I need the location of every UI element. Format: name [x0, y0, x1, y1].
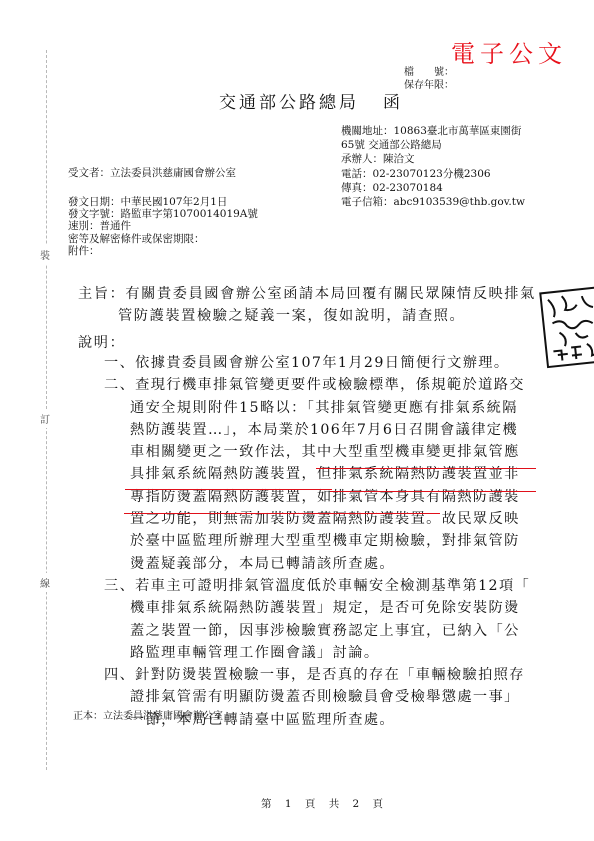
item-2-cont: 車相關變更之一致作法，其中大型重型機車變更排氣管應 — [104, 441, 530, 463]
binding-mark-zhuang: 裝 — [40, 245, 50, 264]
binding-mark-xian: 線 — [40, 573, 50, 592]
item-4: 四、針對防燙裝置檢驗一事，是否真的存在「車輛檢驗拍照存 — [104, 664, 530, 686]
phone: 電話：02-23070123分機2306 — [341, 167, 525, 181]
seal-glyph-icon — [541, 288, 594, 366]
secrecy-level: 密等及解密條件或保密期限： — [68, 233, 258, 245]
issue-info: 發文日期：中華民國107年2月1日 發文字號：路監車字第1070014019A號… — [68, 196, 258, 257]
explanation-heading: 說明： — [78, 332, 125, 352]
email: 電子信箱：abc9103539@thb.gov.tw — [341, 195, 525, 209]
agency-name: 交通部公路總局 — [219, 93, 359, 113]
item-3-cont: 機車排氣系統隔熱防護裝置」規定，是否可免除安裝防燙 — [104, 597, 530, 619]
item-1: 一、依據貴委員國會辦公室107年1月29日簡便行文辦理。 — [104, 352, 530, 374]
issue-number: 發文字號：路監車字第1070014019A號 — [68, 208, 258, 220]
document-title: 交通部公路總局函 — [219, 88, 403, 113]
issue-date: 發文日期：中華民國107年2月1日 — [68, 196, 258, 208]
agency-contact-block: 機關地址：10863臺北市萬華區東園街 65號 交通部公路總局 承辦人：陳洽文 … — [341, 124, 525, 209]
item-2-cont: 具排氣系統隔熱防護裝置，但排氣系統隔熱防護裝置並非 — [104, 463, 530, 485]
handler: 承辦人：陳洽文 — [341, 152, 525, 166]
item-2-cont: 熱防護裝置…」，本局業於106年7月6日召開會議律定機 — [104, 419, 530, 441]
page-number: 第 1 頁 共 2 頁 — [261, 796, 388, 811]
item-3-cont: 路監理車輛管理工作圈會議」討論。 — [104, 642, 530, 664]
highlight-underline — [125, 489, 332, 490]
receiver: 受文者：立法委員洪慈庸國會辦公室 — [68, 165, 236, 180]
seal-stamp — [539, 286, 594, 368]
retention-period-label: 保存年限： — [404, 80, 454, 93]
highlight-underline — [124, 513, 440, 514]
subject: 主旨：有關貴委員國會辦公室函請本局回覆有關民眾陳情反映排氣 管防護裝置檢驗之疑義… — [78, 283, 536, 327]
binding-mark-ding: 訂 — [40, 409, 50, 428]
copy-to: 正本：立法委員洪慈庸國會辦公室 — [73, 707, 223, 722]
item-2-cont: 燙蓋疑義部分，本局已轉請該所查處。 — [104, 553, 530, 575]
subject-line-2: 管防護裝置檢驗之疑義一案，復如說明，請查照。 — [78, 305, 536, 327]
address-line-2: 65號 交通部公路總局 — [341, 138, 525, 152]
item-2-cont: 於臺中區監理所辦理大型重型機車定期檢驗，對排氣管防 — [104, 530, 530, 552]
attachment: 附件： — [68, 245, 258, 257]
item-4-cont: 證排氣管需有明顯防燙蓋否則檢驗員會受檢舉懲處一事」 — [104, 686, 530, 708]
address-line-1: 機關地址：10863臺北市萬華區東園街 — [341, 124, 525, 138]
item-3-cont: 蓋之裝置一節，因事涉檢驗實務認定上事宜，已納入「公 — [104, 620, 530, 642]
file-number-label: 檔 號： — [404, 67, 454, 80]
subject-line-1: 主旨：有關貴委員國會辦公室函請本局回覆有關民眾陳情反映排氣 — [78, 283, 536, 305]
item-2: 二、查現行機車排氣管變更要件或檢驗標準，係規範於道路交 — [104, 374, 530, 396]
item-3: 三、若車主可證明排氣管溫度低於車輛安全檢測基準第12項「 — [104, 575, 530, 597]
electronic-document-stamp: 電子公文 — [451, 34, 567, 69]
item-2-cont: 置之功能，則無需加裝防燙蓋隔熱防護裝置。故民眾反映 — [104, 508, 530, 530]
highlight-underline — [316, 468, 536, 469]
explanation-items: 一、依據貴委員國會辦公室107年1月29日簡便行文辦理。 二、查現行機車排氣管變… — [104, 352, 530, 731]
delivery-speed: 速別：普通件 — [68, 220, 258, 232]
item-2-cont: 通安全規則附件15略以：「其排氣管變更應有排氣系統隔 — [104, 397, 530, 419]
highlight-underline — [330, 491, 536, 492]
fax: 傳真：02-23070184 — [341, 181, 525, 195]
archive-info: 檔 號： 保存年限： — [404, 67, 454, 93]
document-type: 函 — [383, 93, 403, 113]
